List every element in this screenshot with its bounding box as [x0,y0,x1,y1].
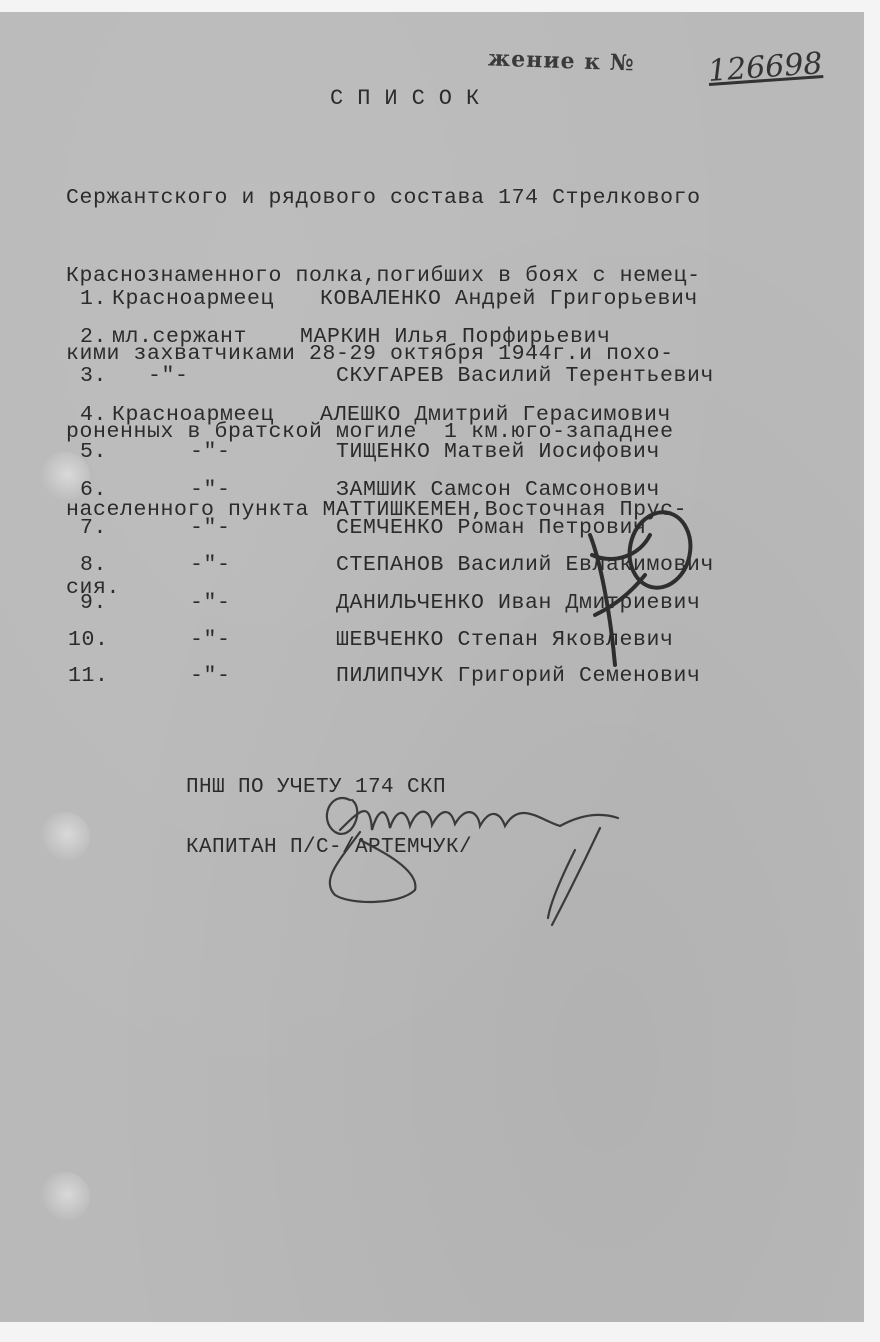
entry-number: 5. [80,440,107,464]
entry-rank: -"- [190,516,231,540]
entry-rank: мл.сержант [112,325,247,349]
entry-name: ШЕВЧЕНКО Степан Яковлевич [336,628,674,652]
document-title: СПИСОК [330,86,493,111]
entry-number: 1. [80,287,107,311]
entry-number: 2. [80,325,107,349]
punch-hole [40,812,90,862]
entry-name: СКУГАРЕВ Василий Терентьевич [336,364,714,388]
entry-name: МАРКИН Илья Порфирьевич [300,325,611,349]
entry-rank: -"- [190,440,231,464]
entry-number: 6. [80,478,107,502]
entry-number: 9. [80,591,107,615]
entry-name: АЛЕШКО Дмитрий Герасимович [320,403,671,427]
entry-rank: Красноармеец [112,403,274,427]
archive-stamp: жение к № [488,45,636,76]
entry-name: СТЕПАНОВ Василий Евлакимович [336,553,714,577]
entry-name: ЗАМШИК Самсон Самсонович [336,478,660,502]
signature-block: ПНШ ПО УЧЕТУ 174 СКП КАПИТАН П/С-/АРТЕМЧ… [186,738,472,878]
intro-line: Краснознаменного полка,погибших в боях с… [66,263,866,289]
entry-name: ДАНИЛЬЧЕНКО Иван Дмитриевич [336,591,701,615]
intro-line: Сержантского и рядового состава 174 Стре… [66,185,866,211]
entry-rank: -"- [190,628,231,652]
entry-rank: -"- [190,664,231,688]
entry-number: 4. [80,403,107,427]
signatory-name: КАПИТАН П/С-/АРТЕМЧУК/ [186,838,472,858]
entry-rank: -"- [148,364,189,388]
entry-rank: -"- [190,591,231,615]
entry-name: ТИЩЕНКО Матвей Иосифович [336,440,660,464]
entry-name: ПИЛИПЧУК Григорий Семенович [336,664,701,688]
entry-number: 10. [68,628,109,652]
entry-name: КОВАЛЕНКО Андрей Григорьевич [320,287,698,311]
punch-hole [40,1172,90,1222]
entry-number: 8. [80,553,107,577]
entry-number: 3. [80,364,107,388]
entry-rank: -"- [190,478,231,502]
signatory-position: ПНШ ПО УЧЕТУ 174 СКП [186,778,472,798]
entry-name: СЕМЧЕНКО Роман Петрович [336,516,647,540]
entry-number: 7. [80,516,107,540]
entry-number: 11. [68,664,109,688]
entry-rank: Красноармеец [112,287,274,311]
entry-rank: -"- [190,553,231,577]
